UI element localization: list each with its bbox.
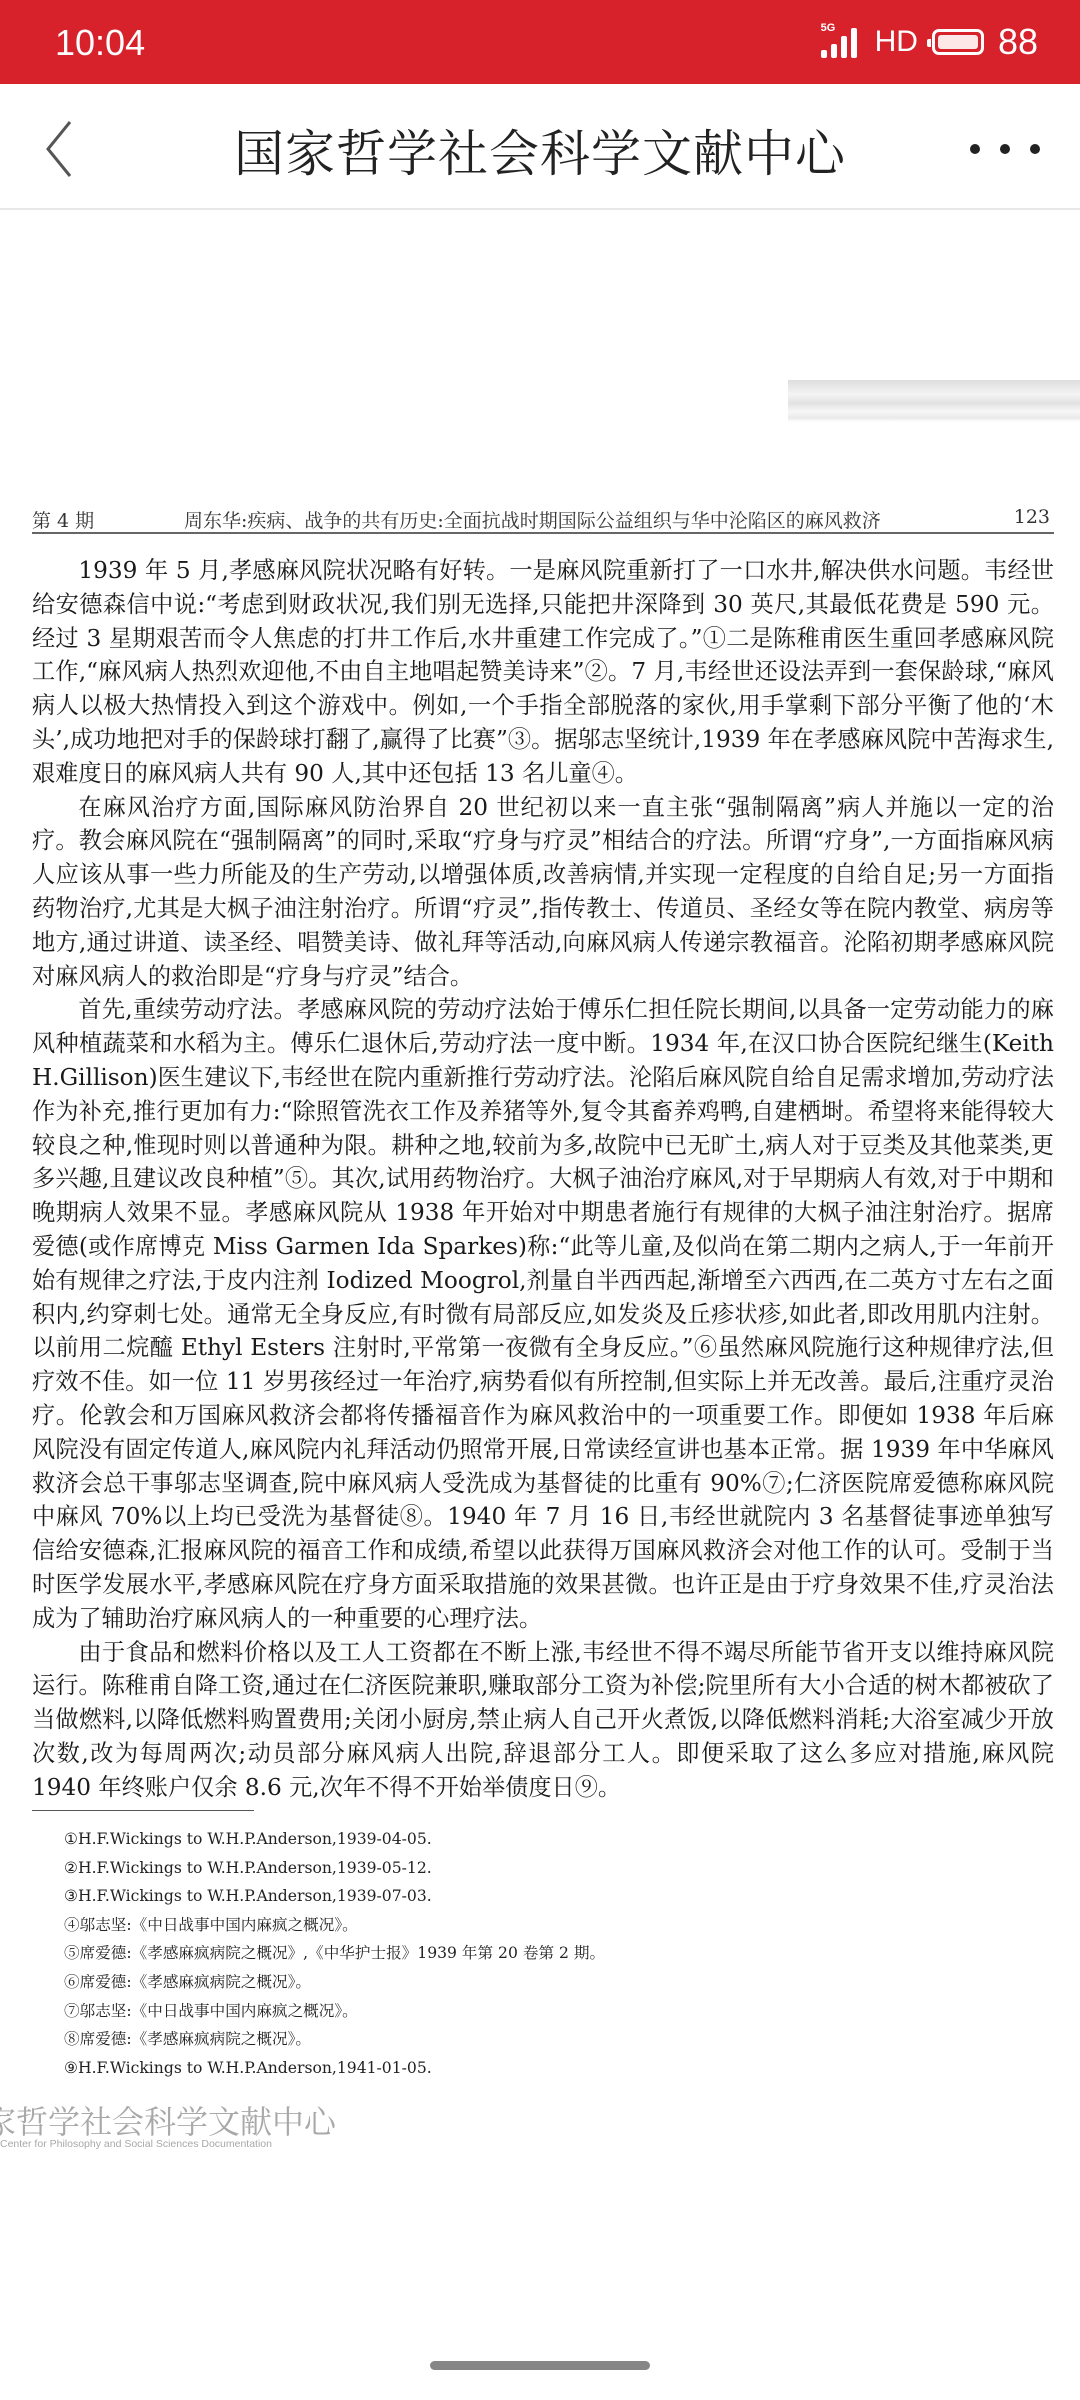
status-time: 10:04 [55,22,145,64]
running-title: 周东华:疾病、战争的共有历史:全面抗战时期国际公益组织与华中沦陷区的麻风救济 [184,506,881,533]
page-title: 国家哲学社会科学文献中心 [0,114,1080,186]
footnote: ⑤席爱德:《孝感麻疯病院之概况》,《中华护士报》1939 年第 20 卷第 2 … [64,1939,605,1968]
more-options-button[interactable] [970,124,1040,174]
footnote: ①H.F.Wickings to W.H.P.Anderson,1939-04-… [64,1825,605,1854]
issue-label: 第 4 期 [32,506,94,533]
article-body: 1939 年 5 月,孝感麻风院状况略有好转。一是麻风院重新打了一口水井,解决供… [32,554,1054,1804]
paragraph: 1939 年 5 月,孝感麻风院状况略有好转。一是麻风院重新打了一口水井,解决供… [32,554,1054,791]
cellular-signal-icon: 5G [821,24,861,60]
battery-percent: 88 [998,21,1038,63]
footnotes: ①H.F.Wickings to W.H.P.Anderson,1939-04-… [64,1825,605,2082]
watermark-cn: 家哲学社会科学文献中心 [0,2097,336,2143]
footnote-divider [32,1810,254,1811]
home-indicator[interactable] [430,2361,650,2370]
status-bar: 10:04 5G HD 88 [0,0,1080,84]
page-number: 123 [1014,506,1050,528]
paragraph: 由于食品和燃料价格以及工人工资都在不断上涨,韦经世不得不竭尽所能节省开支以维持麻… [32,1636,1054,1805]
battery-icon [932,29,984,55]
hd-voice-label: HD [875,25,918,59]
watermark-en: Center for Philosophy and Social Science… [0,2138,272,2150]
footnote: ⑥席爱德:《孝感麻疯病院之概况》。 [64,1968,605,1997]
paragraph: 首先,重续劳动疗法。孝感麻风院的劳动疗法始于傅乐仁担任院长期间,以具备一定劳动能… [32,993,1054,1635]
footnote: ②H.F.Wickings to W.H.P.Anderson,1939-05-… [64,1854,605,1883]
paragraph: 在麻风治疗方面,国际麻风防治界自 20 世纪初以来一直主张“强制隔离”病人并施以… [32,791,1054,994]
footnote: ③H.F.Wickings to W.H.P.Anderson,1939-07-… [64,1882,605,1911]
ellipsis-icon [970,144,980,154]
running-header: 第 4 期 周东华:疾病、战争的共有历史:全面抗战时期国际公益组织与华中沦陷区的… [32,502,1054,534]
nav-bar: 国家哲学社会科学文献中心 [0,84,1080,210]
watermark-logo: 家哲学社会科学文献中心 Center for Philosophy and So… [0,2097,300,2157]
status-icons: 5G HD 88 [821,22,1038,62]
footnote: ⑧席爱德:《孝感麻疯病院之概况》。 [64,2025,605,2054]
footnote: ④邬志坚:《中日战事中国内麻疯之概况》。 [64,1911,605,1940]
footnote: ⑨H.F.Wickings to W.H.P.Anderson,1941-01-… [64,2054,605,2083]
network-type-label: 5G [821,22,836,34]
scan-artifact [788,380,1080,422]
footnote: ⑦邬志坚:《中日战事中国内麻疯之概况》。 [64,1997,605,2026]
